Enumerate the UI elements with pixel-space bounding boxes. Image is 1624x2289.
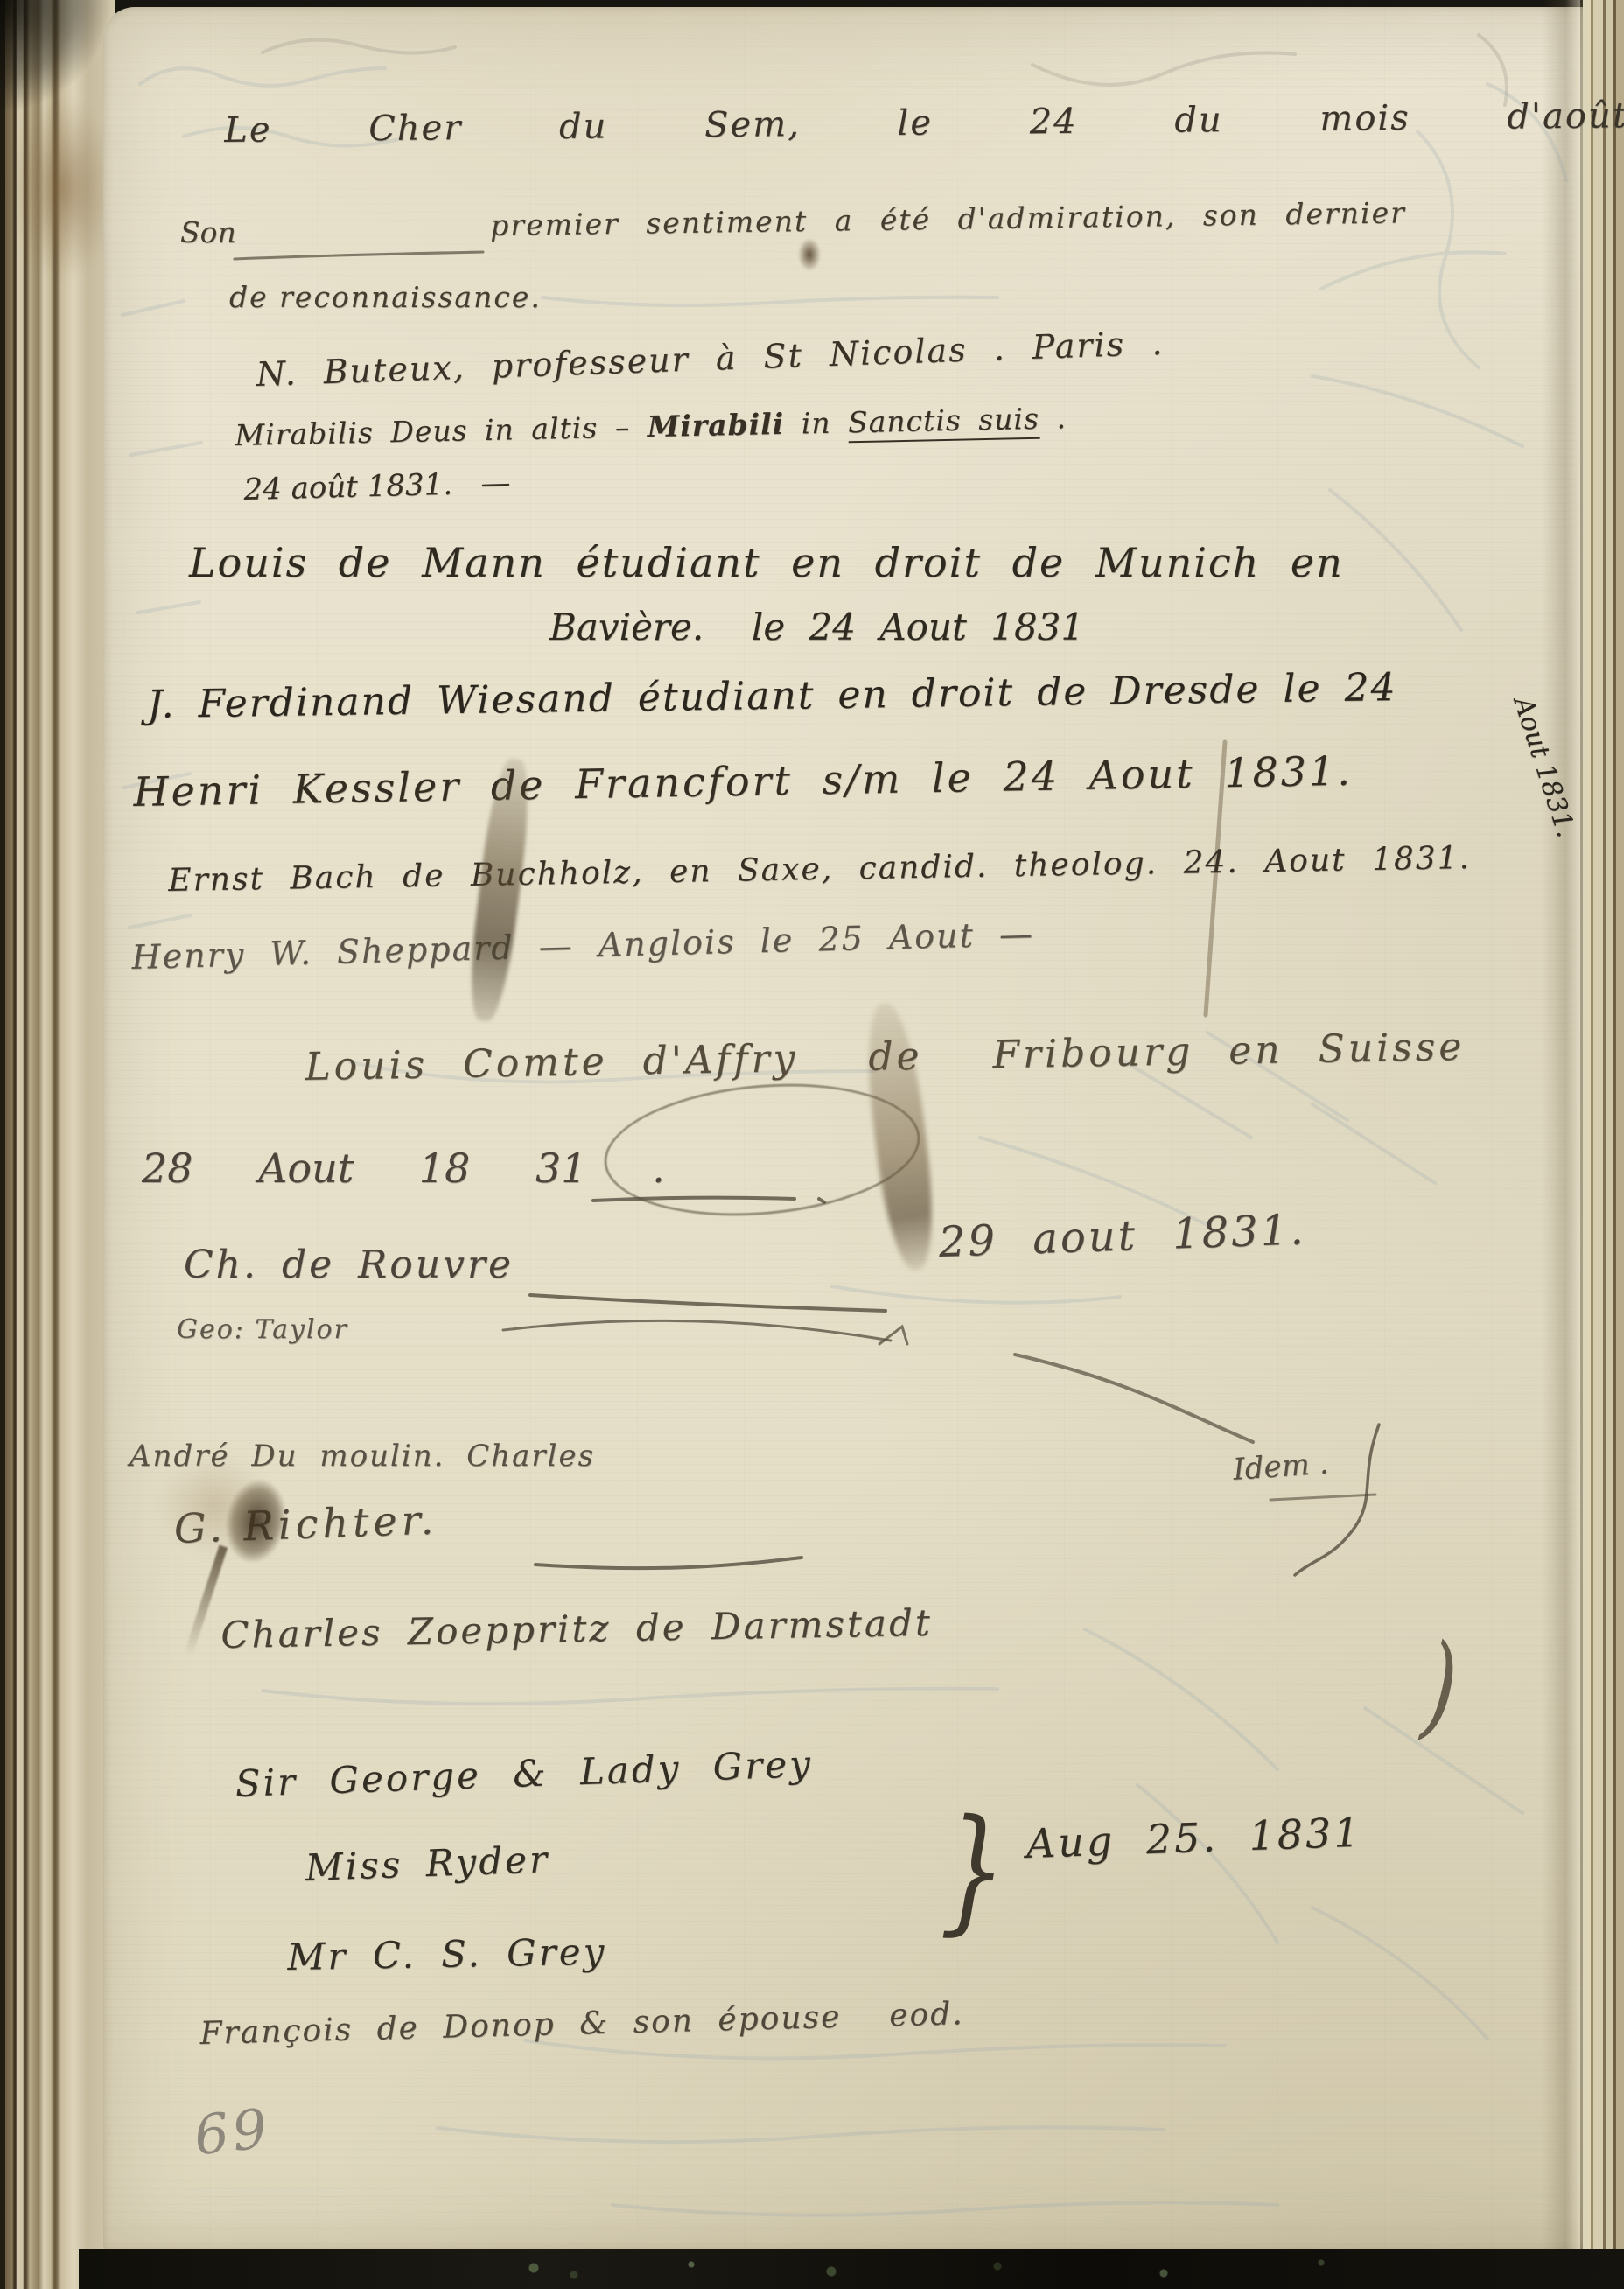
motto-underlined-words: Sanctis suis: [848, 402, 1040, 444]
book-binding-edge: [0, 0, 115, 2289]
motto-emphasis: Mirabili: [647, 407, 784, 444]
entry-mann-signature-line1: Louis de Mann étudiant en droit de Munic…: [189, 539, 1344, 586]
entry-cs-grey-signature: Mr C. S. Grey: [287, 1930, 607, 1978]
grouping-brace: }: [939, 1788, 1008, 1950]
entry-richter-signature: G. Richter.: [173, 1495, 438, 1551]
entry-ryder-signature: Miss Ryder: [304, 1837, 550, 1889]
entry-motto-date: 24 août 1831. —: [243, 465, 511, 507]
binding-stain: [12, 96, 114, 280]
scanned-book-photo: Le Cher du Sem, le 24 du mois d'août, So…: [0, 0, 1624, 2289]
entry-rouvre-signature: Ch. de Rouvre: [184, 1242, 514, 1287]
page-fore-edge: [1580, 0, 1624, 2289]
entry-taylor-signature: Geo: Taylor: [177, 1314, 348, 1345]
entry-affry-date: 28 Aout 18 31 .: [142, 1144, 665, 1192]
entry-sentiment-continued: de reconnaissance.: [229, 280, 542, 314]
entry-mann-signature-line2: Bavière. le 24 Aout 1831: [549, 605, 1084, 648]
entry-idem-note: Idem .: [1232, 1445, 1330, 1487]
entry-dumoulin-signature: André Du moulin. Charles: [129, 1438, 595, 1473]
motto-suffix: .: [1039, 401, 1067, 436]
page-number-pencil: 69: [191, 2096, 273, 2168]
page-crease-shadow: [1542, 0, 1580, 2289]
motto-mid: in: [784, 405, 849, 441]
entry-sentiment-line-start: Son: [180, 215, 236, 249]
scan-bottom-edge: [79, 2249, 1624, 2289]
